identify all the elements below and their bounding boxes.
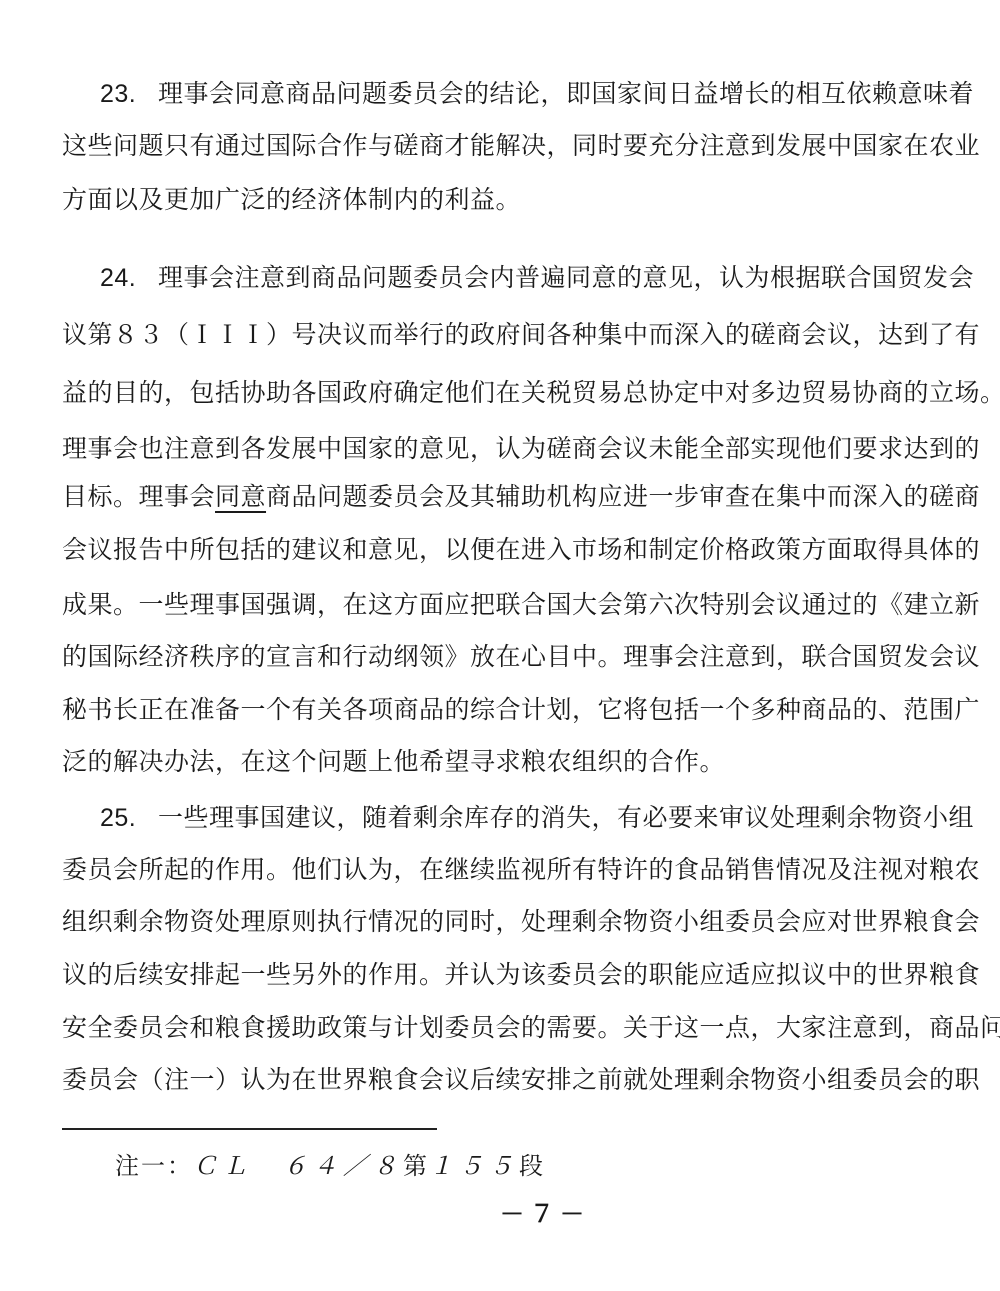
paragraph-24-line-9: 秘书长正在准备一个有关各项商品的综合计划，它将包括一个多种商品的、范围广 bbox=[62, 694, 962, 726]
paragraph-23-line-3: 方面以及更加广泛的经济体制内的利益。 bbox=[62, 184, 962, 216]
paragraph-24-line-4: 理事会也注意到各发展中国家的意见，认为磋商会议未能全部实现他们要求达到的 bbox=[62, 433, 962, 465]
page-number: －７－ bbox=[500, 1194, 590, 1229]
paragraph-text: 一些理事国建议，随着剩余库存的消失，有必要来审议处理剩余物资小组 bbox=[158, 803, 974, 832]
paragraph-24-line-2: 议第８３（ＩＩＩ）号决议而举行的政府间各种集中而深入的磋商会议，达到了有 bbox=[62, 319, 962, 351]
paragraph-text: 理事会同意商品问题委员会的结论，即国家间日益增长的相互依赖意味着 bbox=[158, 79, 974, 108]
underlined-text: 同意 bbox=[215, 482, 266, 511]
paragraph-number: 24. bbox=[100, 262, 158, 294]
paragraph-24-line-1: 24.理事会注意到商品问题委员会内普遍同意的意见，认为根据联合国贸发会 bbox=[100, 262, 1000, 294]
footnote-text: 段 bbox=[519, 1152, 545, 1180]
paragraph-25-line-4: 议的后续安排起一些另外的作用。并认为该委员会的职能应适应拟议中的世界粮食 bbox=[62, 959, 962, 991]
paragraph-25-line-6: 委员会（注一）认为在世界粮食会议后续安排之前就处理剩余物资小组委员会的职 bbox=[62, 1064, 962, 1096]
footnote-paragraph-number: １５５ bbox=[429, 1152, 519, 1180]
paragraph-24-line-10: 泛的解决办法，在这个问题上他希望寻求粮农组织的合作。 bbox=[62, 746, 962, 778]
paragraph-text: 目标。理事会 bbox=[62, 482, 215, 511]
paragraph-text: 理事会注意到商品问题委员会内普遍同意的意见，认为根据联合国贸发会 bbox=[158, 263, 974, 292]
paragraph-23-line-1: 23.理事会同意商品问题委员会的结论，即国家间日益增长的相互依赖意味着 bbox=[100, 78, 1000, 110]
paragraph-24-line-7: 成果。一些理事国强调，在这方面应把联合国大会第六次特别会议通过的《建立新 bbox=[62, 589, 962, 621]
paragraph-25-line-1: 25.一些理事国建议，随着剩余库存的消失，有必要来审议处理剩余物资小组 bbox=[100, 802, 1000, 834]
paragraph-25-line-3: 组织剩余物资处理原则执行情况的同时，处理剩余物资小组委员会应对世界粮食会 bbox=[62, 906, 962, 938]
paragraph-25-line-2: 委员会所起的作用。他们认为，在继续监视所有特许的食品销售情况及注视对粮农 bbox=[62, 854, 962, 886]
paragraph-text: 商品问题委员会及其辅助机构应进一步审查在集中而深入的磋商 bbox=[266, 482, 980, 511]
paragraph-23-line-2: 这些问题只有通过国际合作与磋商才能解决，同时要充分注意到发展中国家在农业 bbox=[62, 130, 962, 162]
footnote-label: 注一： bbox=[115, 1152, 193, 1180]
paragraph-number: 23. bbox=[100, 78, 158, 110]
paragraph-24-line-8: 的国际经济秩序的宣言和行动纲领》放在心目中。理事会注意到，联合国贸发会议 bbox=[62, 641, 962, 673]
paragraph-25-line-5: 安全委员会和粮食援助政策与计划委员会的需要。关于这一点，大家注意到，商品问题 bbox=[62, 1012, 962, 1044]
paragraph-24-line-3: 益的目的，包括协助各国政府确定他们在关税贸易总协定中对多边贸易协商的立场。 bbox=[62, 377, 962, 409]
footnote-divider bbox=[62, 1128, 437, 1130]
footnote-text: 第 bbox=[403, 1152, 429, 1180]
footnote-reference: ＣＬ ６４／８ bbox=[193, 1152, 403, 1180]
paragraph-number: 25. bbox=[100, 802, 158, 834]
paragraph-24-line-5: 目标。理事会同意商品问题委员会及其辅助机构应进一步审查在集中而深入的磋商 bbox=[62, 481, 962, 513]
paragraph-24-line-6: 会议报告中所包括的建议和意见，以便在进入市场和制定价格政策方面取得具体的 bbox=[62, 534, 962, 566]
footnote: 注一：ＣＬ ６４／８第１５５段 bbox=[115, 1150, 545, 1182]
